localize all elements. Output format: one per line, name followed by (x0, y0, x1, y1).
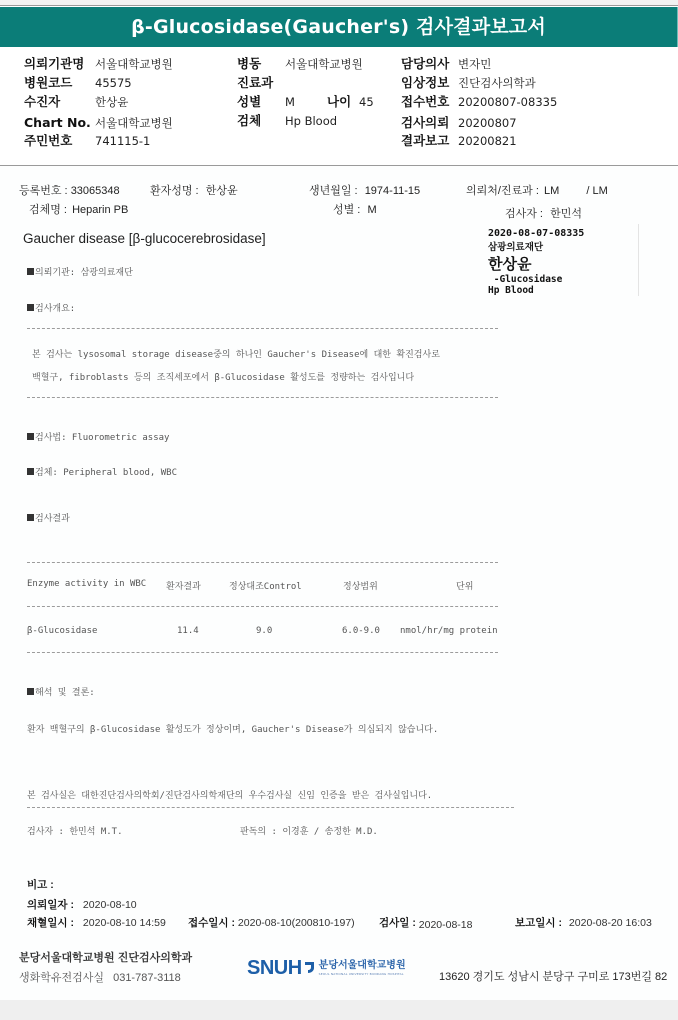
patient-sex: 성별 : M (333, 201, 377, 217)
field-label: 병원코드 (24, 73, 95, 92)
value: Heparin PB (72, 204, 128, 216)
patient-name: 환자성명 : 한상윤 (150, 182, 238, 198)
label: 성별 : (333, 204, 360, 216)
table-header-patient-result: 환자결과 (166, 579, 201, 592)
label: 환자성명 : (150, 185, 199, 197)
footer-phone: 031-787-3118 (113, 972, 181, 984)
field-value: 20200807-08335 (458, 93, 557, 112)
field-value-age: 45 (359, 93, 374, 112)
square-bullet-icon (27, 468, 34, 475)
table-cell-control: 9.0 (256, 626, 272, 636)
square-bullet-icon (27, 433, 34, 440)
dashed-divider (27, 397, 498, 398)
patient-specimen: 검체명 : Heparin PB (29, 201, 128, 217)
field-label-age: 나이 (327, 92, 359, 111)
header-field-result-report: 결과보고20200821 (401, 131, 517, 151)
table-cell-normal-range: 6.0-9.0 (342, 626, 380, 636)
field-label: 성별 (237, 92, 285, 111)
value: 2020-08-10(200810-197) (238, 917, 355, 929)
overview-line-2: 백혈구, fibroblasts 등의 조직세포에서 β-Glucosidase… (32, 370, 414, 383)
label-patient-name: 한상윤 (488, 253, 638, 274)
field-label: 결과보고 (401, 131, 458, 150)
label: 검사일 : (379, 917, 416, 929)
logo-text: SNUH (247, 957, 302, 980)
header-field-resident-no: 주민번호741115-1 (24, 131, 150, 151)
field-value: 진단검사의학과 (458, 74, 536, 93)
header-field-receipt-no: 접수번호20200807-08335 (401, 92, 557, 112)
square-bullet-icon (27, 688, 34, 695)
field-value: 변자민 (458, 55, 491, 74)
field-label: Chart No. (24, 113, 95, 132)
test-title: Gaucher disease [β-glucocerebrosidase] (23, 231, 266, 246)
field-label: 임상정보 (401, 73, 458, 92)
reader-signature: 판독의 : 이경훈 / 송정한 M.D. (240, 824, 378, 837)
interpretation-text: 환자 백혈구의 β-Glucosidase 활성도가 정상이며, Gaucher… (27, 722, 438, 735)
snuh-logo: SNUH 분당서울대학교병원 SEOUL NATIONAL UNIVERSITY… (247, 955, 406, 981)
table-cell-enzyme: β-Glucosidase (27, 626, 97, 636)
dashed-divider (27, 807, 514, 808)
specimen-label-card: 2020-08-07-08335 삼광의료재단 한상윤 -Glucosidase… (488, 228, 638, 298)
field-label: 검사의뢰 (401, 113, 458, 132)
dashed-divider (27, 328, 498, 329)
label: 의뢰일자 : (27, 899, 74, 911)
section-interpretation-heading: 해석 및 결론: (27, 685, 95, 698)
report-title: β-Glucosidase(Gaucher's) 검사결과보고서 (0, 7, 677, 47)
field-label: 수진자 (24, 92, 95, 111)
square-bullet-icon (27, 514, 34, 521)
section-institution: 의뢰기관: 삼광의료재단 (27, 265, 133, 278)
section-text: 검체: Peripheral blood, WBC (35, 468, 177, 478)
certification-text: 본 검사실은 대한진단검사의학회/진단검사의학재단의 우수검사실 신임 인증을 … (27, 788, 432, 801)
table-header-unit: 단위 (456, 579, 473, 592)
value: 한상윤 (206, 185, 238, 197)
receive-datetime: 접수일시 : 2020-08-10(200810-197) (188, 915, 355, 930)
field-label: 검체 (237, 111, 285, 130)
value: / LM (586, 185, 607, 197)
header-field-department: 진료과 (237, 73, 285, 93)
field-label: 병동 (237, 54, 285, 73)
label: 채혈일시 : (27, 917, 74, 929)
tester-signature: 검사자 : 한민석 M.T. (27, 824, 123, 837)
field-label: 진료과 (237, 73, 285, 92)
table-cell-unit: nmol/hr/mg protein (400, 626, 498, 636)
value: M (367, 204, 376, 216)
value: 33065348 (71, 185, 120, 197)
header-field-specimen: 검체Hp Blood (237, 111, 337, 131)
logo-mark-icon (304, 959, 315, 972)
request-date: 의뢰일자 : 2020-08-10 (27, 897, 137, 912)
section-text: 해석 및 결론: (35, 688, 95, 698)
footer-address: 13620 경기도 성남시 분당구 구미로 173번길 82 (439, 968, 667, 984)
overview-line-1: 본 검사는 lysosomal storage disease중의 하나인 Ga… (32, 347, 440, 360)
remarks-label: 비고 : (27, 879, 54, 891)
header-field-clinical-info: 임상정보진단검사의학과 (401, 73, 536, 93)
field-label: 접수번호 (401, 92, 458, 111)
label: 접수일시 : (188, 917, 235, 929)
footer-dept: 분당서울대학교병원 진단검사의학과 (19, 949, 192, 965)
section-text: 검사결과 (35, 514, 70, 524)
value: 2020-08-10 14:59 (83, 917, 166, 929)
table-header-normal-range: 정상범위 (343, 579, 378, 592)
section-text: 의뢰기관: 삼광의료재단 (35, 268, 133, 278)
field-value: 45575 (95, 74, 132, 93)
label-specimen: Hp Blood (488, 285, 638, 296)
field-label: 담당의사 (401, 54, 458, 73)
label: 등록번호 : (19, 185, 68, 197)
header-field-patient: 수진자한상윤 (24, 92, 128, 112)
patient-reg-no: 등록번호 : 33065348 (19, 182, 120, 198)
field-value: M (285, 93, 327, 112)
remarks: 비고 : (27, 877, 54, 892)
field-value: 서울대학교병원 (95, 55, 173, 74)
square-bullet-icon (27, 304, 34, 311)
header-field-chart-no: Chart No.서울대학교병원 (24, 113, 173, 133)
section-results-heading: 검사결과 (27, 511, 70, 524)
value: LM (544, 185, 559, 197)
header-field-institution: 의뢰기관명서울대학교병원 (24, 54, 173, 74)
dashed-divider (27, 606, 498, 607)
patient-tester: 검사자 : 한민석 (505, 205, 582, 221)
patient-dept: 의뢰처/진료과 : LM / LM (466, 182, 608, 198)
square-bullet-icon (27, 268, 34, 275)
field-value: 서울대학교병원 (285, 55, 363, 74)
field-value: 한상윤 (95, 93, 128, 112)
label: 생년월일 : (309, 185, 358, 197)
section-overview-heading: 검사개요: (27, 301, 75, 314)
logo-english: SEOUL NATIONAL UNIVERSITY BUNDANG HOSPIT… (319, 972, 406, 976)
value: 한민석 (550, 208, 582, 220)
field-label: 주민번호 (24, 131, 95, 150)
header-field-ward: 병동서울대학교병원 (237, 54, 363, 74)
section-text: 검사법: Fluorometric assay (35, 433, 169, 443)
header-field-sex: 성별M나이45 (237, 92, 374, 112)
header-field-hospital-code: 병원코드45575 (24, 73, 132, 93)
header-field-doctor: 담당의사변자민 (401, 54, 491, 74)
logo-korean: 분당서울대학교병원 (319, 960, 406, 972)
report-datetime: 보고일시 : 2020-08-20 16:03 (515, 915, 652, 930)
section-text: 검사개요: (35, 304, 75, 314)
field-label: 의뢰기관명 (24, 54, 95, 73)
table-header-control: 정상대조Control (229, 579, 302, 592)
footer-lab: 생화학유전검사실 031-787-3118 (19, 969, 181, 985)
page-bottom-margin (0, 1000, 678, 1020)
footer-lab-name: 생화학유전검사실 (19, 972, 104, 984)
label-receipt-no: 2020-08-07-08335 (488, 228, 638, 239)
section-specimen: 검체: Peripheral blood, WBC (27, 465, 177, 478)
field-value: 741115-1 (95, 132, 150, 151)
table-cell-patient-result: 11.4 (177, 626, 199, 636)
label: 의뢰처/진료과 : (466, 185, 539, 197)
label-lab-name: 삼광의료재단 (488, 239, 638, 253)
top-rule (0, 0, 678, 6)
logo-wordmark: 분당서울대학교병원 SEOUL NATIONAL UNIVERSITY BUND… (319, 960, 406, 976)
label-test-name: -Glucosidase (488, 274, 638, 285)
field-value: 20200821 (458, 132, 517, 151)
dashed-divider (27, 652, 498, 653)
section-method: 검사법: Fluorometric assay (27, 430, 169, 443)
dashed-divider (27, 562, 498, 563)
test-date: 검사일 : 2020-08-18 (379, 915, 472, 930)
value: 1974-11-15 (365, 185, 420, 197)
table-header-enzyme: Enzyme activity in WBC (27, 579, 146, 589)
label-card-edge (638, 224, 639, 296)
header-field-test-request: 검사의뢰20200807 (401, 113, 517, 133)
label: 검체명 : (29, 204, 67, 216)
label: 보고일시 : (515, 917, 562, 929)
collect-datetime: 채혈일시 : 2020-08-10 14:59 (27, 915, 166, 930)
patient-dob: 생년월일 : 1974-11-15 (309, 182, 420, 198)
label: 검사자 : (505, 208, 543, 220)
value: 2020-08-20 16:03 (569, 917, 652, 929)
value: 2020-08-18 (419, 919, 473, 931)
value: 2020-08-10 (83, 899, 137, 911)
field-value: Hp Blood (285, 112, 337, 131)
